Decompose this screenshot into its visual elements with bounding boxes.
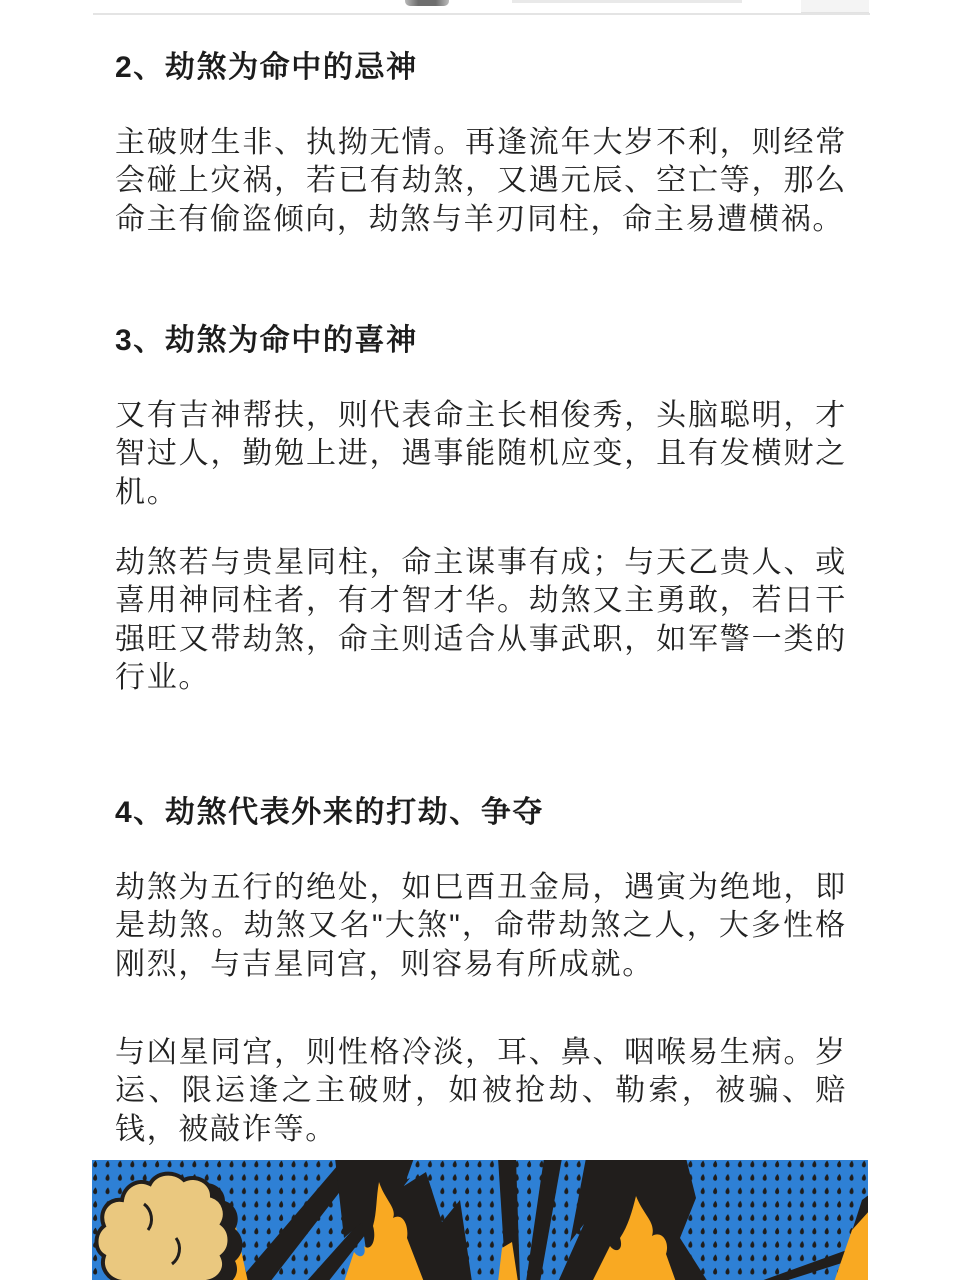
cutoff-bar-fragment: [512, 0, 742, 3]
section-heading-3: 3、劫煞为命中的喜神: [115, 322, 855, 360]
paragraph: 又有吉神帮扶，则代表命主长相俊秀，头脑聪明，才智过人，勤勉上进，遇事能随机应变，…: [115, 397, 847, 512]
cutoff-card-fragment: [801, 0, 869, 13]
paragraph: 与凶星同宫，则性格冷淡，耳、鼻、咽喉易生病。岁运、限运逢之主破财，如被抢劫、勒索…: [115, 1034, 847, 1149]
cutoff-image-fragment: [405, 0, 449, 6]
section-heading-4: 4、劫煞代表外来的打劫、争夺: [115, 794, 855, 832]
paragraph: 劫煞若与贵星同柱，命主谋事有成；与天乙贵人、或喜用神同柱者，有才智才华。劫煞又主…: [115, 544, 847, 697]
comic-explosion-svg: [92, 1160, 868, 1280]
comic-explosion-image: [92, 1160, 868, 1280]
section-heading-2: 2、劫煞为命中的忌神: [115, 49, 855, 87]
section-divider-line: [93, 13, 870, 15]
document-page: 2、劫煞为命中的忌神 主破财生非、执拗无情。再逢流年大岁不利，则经常会碰上灾祸，…: [0, 0, 960, 1280]
paragraph: 劫煞为五行的绝处，如巳酉丑金局，遇寅为绝地，即是劫煞。劫煞又名"大煞"，命带劫煞…: [115, 869, 847, 984]
paragraph: 主破财生非、执拗无情。再逢流年大岁不利，则经常会碰上灾祸，若已有劫煞，又遇元辰、…: [115, 124, 847, 239]
